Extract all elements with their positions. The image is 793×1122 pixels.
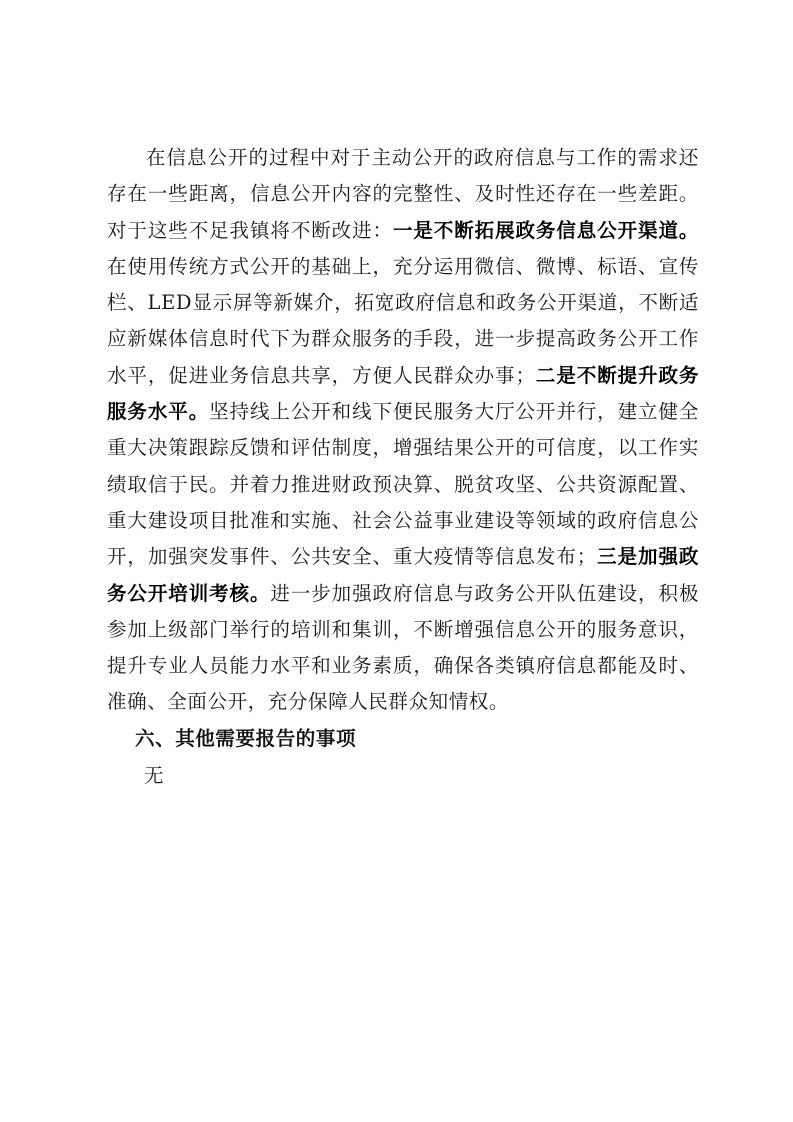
point-one-bold: 一是不断拓展政务信息公开渠道。	[393, 219, 699, 242]
paragraph-text-3: 坚持线上公开和线下便民服务大厅公开并行，建立健全重大决策跟踪反馈和评估制度，增强…	[107, 400, 699, 568]
section-body-none: 无	[107, 757, 699, 795]
improvement-paragraph: 在信息公开的过程中对于主动公开的政府信息与工作的需求还存在一些距离，信息公开内容…	[107, 140, 699, 721]
document-page: 在信息公开的过程中对于主动公开的政府信息与工作的需求还存在一些距离，信息公开内容…	[107, 140, 699, 795]
section-heading-other-matters: 六、其他需要报告的事项	[107, 721, 699, 757]
